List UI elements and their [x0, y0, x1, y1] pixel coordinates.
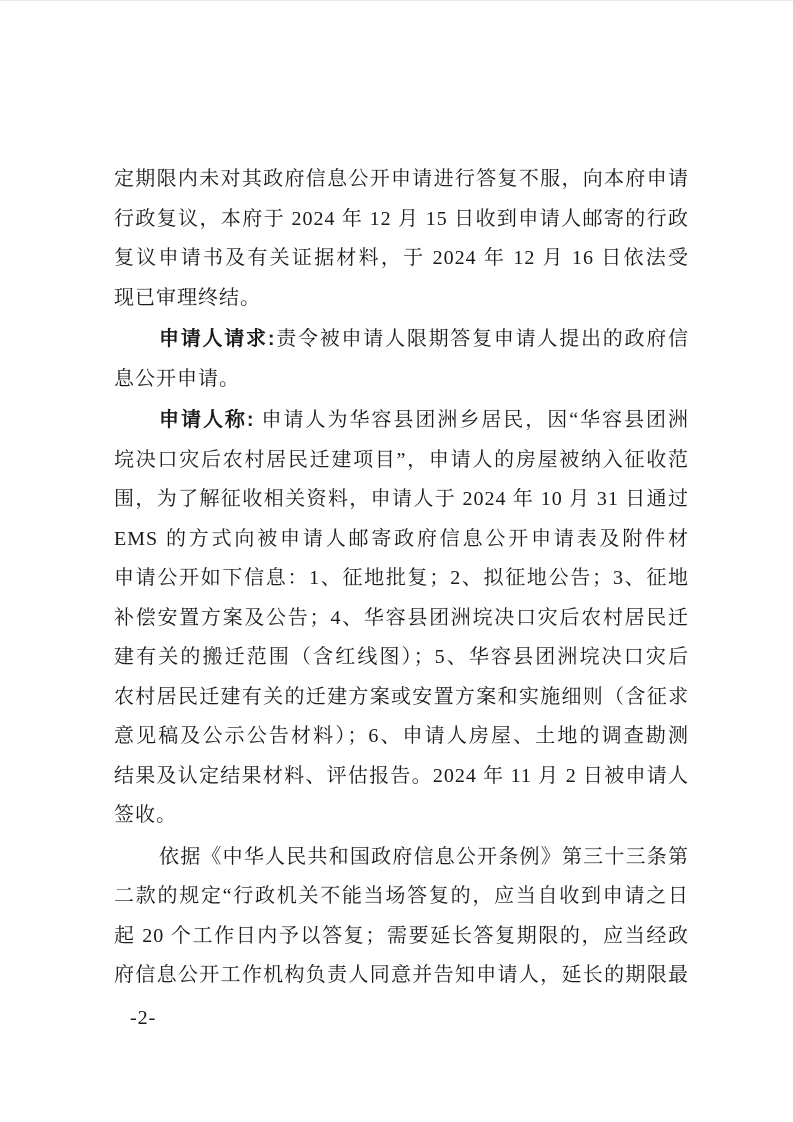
text-segment: 补偿安置方案及公告；4、华容县团洲垸决口灾后农村居民迁	[114, 607, 689, 629]
text-segment: 息公开申请。	[114, 368, 240, 390]
document-line: 复议申请书及有关证据材料，于 2024 年 12 月 16 日依法受理，	[114, 239, 689, 279]
para-applicant-statement: 申请人称: 申请人为华容县团洲乡居民，因“华容县团洲垸决口灾后农村居民迁建项目”…	[114, 401, 689, 836]
document-line: 行政复议，本府于 2024 年 12 月 15 日收到申请人邮寄的行政	[114, 200, 689, 240]
text-segment: 行政复议，本府于 2024 年 12 月 15 日收到申请人邮寄的行政	[114, 208, 689, 230]
text-segment: 申请公开如下信息：1、征地批复；2、拟征地公告；3、征地	[114, 567, 689, 589]
document-line: 息公开申请。	[114, 360, 689, 400]
text-segment: 垸决口灾后农村居民迁建项目”，申请人的房屋被纳入征收范	[114, 449, 689, 471]
bold-lead-label: 申请人称:	[159, 409, 255, 431]
document-line: 申请人称: 申请人为华容县团洲乡居民，因“华容县团洲	[114, 401, 689, 441]
page-top-edge-line	[0, 0, 793, 1]
document-line: 意见稿及公示公告材料）；6、申请人房屋、土地的调查勘测	[114, 717, 689, 757]
document-line: 结果及认定结果材料、评估报告。2024 年 11 月 2 日被申请人	[114, 757, 689, 797]
page-number: -2-	[130, 1007, 156, 1030]
text-segment: 意见稿及公示公告材料）；6、申请人房屋、土地的调查勘测	[114, 725, 689, 747]
document-body: 定期限内未对其政府信息公开申请进行答复不服，向本府申请行政复议，本府于 2024…	[114, 160, 689, 996]
document-line: 定期限内未对其政府信息公开申请进行答复不服，向本府申请	[114, 160, 689, 200]
text-segment: 申请人为华容县团洲乡居民，因“华容县团洲	[255, 409, 689, 431]
document-line: 补偿安置方案及公告；4、华容县团洲垸决口灾后农村居民迁	[114, 599, 689, 639]
text-segment: 起 20 个工作日内予以答复；需要延长答复期限的，应当经政	[114, 925, 689, 947]
document-line: 现已审理终结。	[114, 279, 689, 319]
document-line: 申请人请求:责令被申请人限期答复申请人提出的政府信	[114, 320, 689, 360]
document-line: 垸决口灾后农村居民迁建项目”，申请人的房屋被纳入征收范	[114, 441, 689, 481]
para-legal-basis: 依据《中华人民共和国政府信息公开条例》第三十三条第二款的规定“行政机关不能当场答…	[114, 838, 689, 996]
document-line: 府信息公开工作机构负责人同意并告知申请人，延长的期限最	[114, 956, 689, 996]
document-line: 依据《中华人民共和国政府信息公开条例》第三十三条第	[114, 838, 689, 878]
text-segment: 定期限内未对其政府信息公开申请进行答复不服，向本府申请	[114, 168, 689, 190]
document-line: 起 20 个工作日内予以答复；需要延长答复期限的，应当经政	[114, 917, 689, 957]
text-segment: 府信息公开工作机构负责人同意并告知申请人，延长的期限最	[114, 964, 689, 986]
text-segment: 建有关的搬迁范围（含红线图）；5、华容县团洲垸决口灾后	[114, 646, 689, 668]
para-continuation: 定期限内未对其政府信息公开申请进行答复不服，向本府申请行政复议，本府于 2024…	[114, 160, 689, 318]
text-segment: 二款的规定“行政机关不能当场答复的，应当自收到申请之日	[114, 885, 689, 907]
text-segment: 依据《中华人民共和国政府信息公开条例》第三十三条第	[159, 846, 689, 868]
text-segment: 复议申请书及有关证据材料，于 2024 年 12 月 16 日依法受理，	[114, 247, 689, 279]
document-line: 签收。	[114, 796, 689, 836]
document-line: 围，为了解征收相关资料，申请人于 2024 年 10 月 31 日通过	[114, 480, 689, 520]
text-segment: 现已审理终结。	[114, 287, 261, 309]
para-applicant-request: 申请人请求:责令被申请人限期答复申请人提出的政府信息公开申请。	[114, 320, 689, 399]
text-segment: EMS 的方式向被申请人邮寄政府信息公开申请表及附件材料，	[114, 528, 689, 560]
text-segment: 签收。	[114, 804, 177, 826]
text-segment: 围，为了解征收相关资料，申请人于 2024 年 10 月 31 日通过	[114, 488, 689, 510]
text-segment: 责令被申请人限期答复申请人提出的政府信	[275, 328, 689, 350]
text-segment: 结果及认定结果材料、评估报告。2024 年 11 月 2 日被申请人	[114, 765, 689, 787]
document-line: 二款的规定“行政机关不能当场答复的，应当自收到申请之日	[114, 877, 689, 917]
document-line: 建有关的搬迁范围（含红线图）；5、华容县团洲垸决口灾后	[114, 638, 689, 678]
bold-lead-label: 申请人请求:	[159, 328, 275, 350]
text-segment: 农村居民迁建有关的迁建方案或安置方案和实施细则（含征求	[114, 686, 689, 708]
document-line: 农村居民迁建有关的迁建方案或安置方案和实施细则（含征求	[114, 678, 689, 718]
document-line: EMS 的方式向被申请人邮寄政府信息公开申请表及附件材料，	[114, 520, 689, 560]
document-line: 申请公开如下信息：1、征地批复；2、拟征地公告；3、征地	[114, 559, 689, 599]
